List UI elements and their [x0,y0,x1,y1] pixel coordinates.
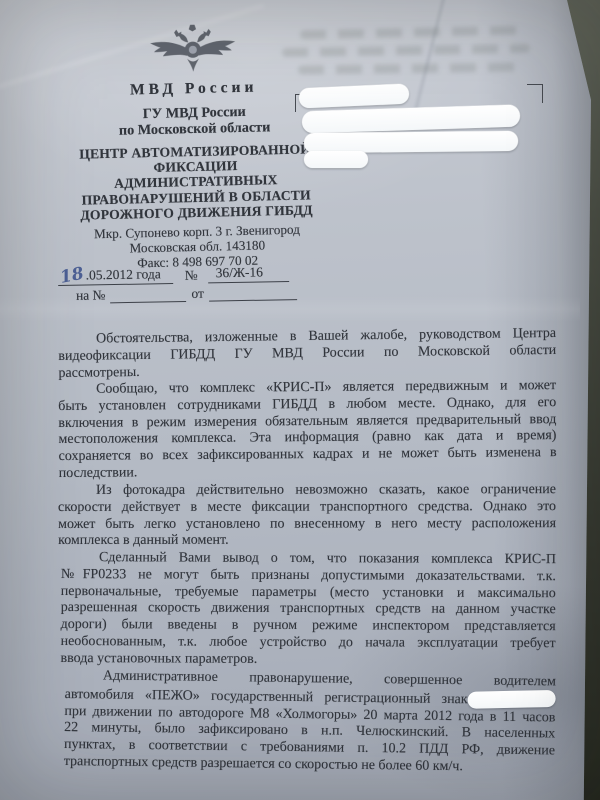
text-line: может быть легко установлено по внесенно… [58,516,556,534]
incoming-number-blank [110,288,186,303]
redaction-overlay [304,131,518,153]
incoming-date-blank [209,286,297,302]
body-paragraph: Сообщаю, что комплекс «КРИС-П» является … [58,378,557,483]
text-line: комплекса в данный момент. [58,533,556,551]
letter-body: Обстоятельства, изложенные в Вашей жалоб… [58,332,556,771]
handwritten-day: 18 [58,264,85,288]
body-paragraph: Сделанный Вами вывод о том, что показани… [60,550,556,670]
text-line: ввода установочных параметров. [60,651,555,670]
outgoing-date-text: .05.2012 года [86,266,161,283]
body-paragraph: Обстоятельства, изложенные в Вашей жалоб… [58,326,557,382]
redaction-overlay [467,690,555,709]
incoming-reference-line: на № от [76,284,297,304]
incoming-from-label: от [191,286,204,302]
outgoing-date-field: 18 .05.2012 года [58,262,173,286]
text-line: №FP0233 не могут быть признаны допустимы… [61,567,556,586]
outgoing-date-line: 18 .05.2012 года № 36/Ж-16 [58,260,289,286]
incoming-prefix: на № [76,287,106,304]
letter-content: МВД России ГУ МВД России по Московской о… [0,0,600,800]
document-photo: МВД России ГУ МВД России по Московской о… [0,0,600,800]
redaction-overlay [304,151,368,168]
body-paragraph: Административное правонарушение, соверше… [64,668,556,777]
body-paragraph: Из фотокадра действительно невозможно ск… [58,482,556,550]
addressee-corner-bracket-icon [527,84,543,103]
text-line: Из фотокадра действительно невозможно ск… [58,482,556,500]
redaction-overlay [299,84,410,109]
text-line: скорости действует в месте фиксации тран… [58,499,556,517]
mvd-emblem-icon [148,19,237,79]
text-line: последствии. [59,462,557,483]
outgoing-number-field: 36/Ж-16 [207,264,289,283]
number-sign: № [185,268,198,284]
